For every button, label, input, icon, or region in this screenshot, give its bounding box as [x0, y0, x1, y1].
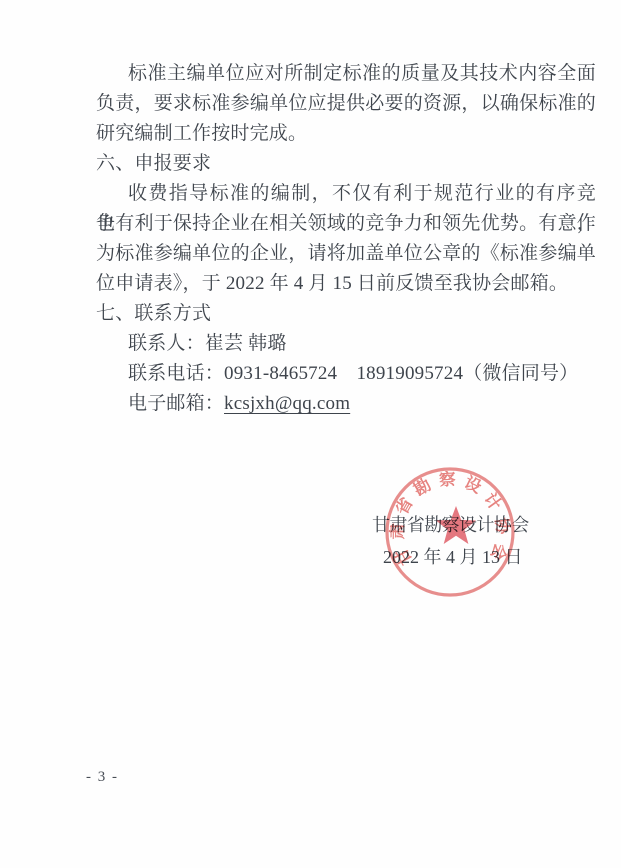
body-line: 收费指导标准的编制，不仅有利于规范行业的有序竞争，	[96, 179, 596, 209]
document-page: 标准主编单位应对所制定标准的质量及其技术内容全面 负责，要求标准参编单位应提供必…	[0, 0, 621, 868]
section-heading-6: 六、申报要求	[96, 149, 596, 179]
contact-email-label: 电子邮箱：	[128, 393, 224, 414]
section-heading-7: 七、联系方式	[96, 299, 596, 329]
contact-phone-label: 联系电话：	[128, 363, 224, 384]
body-line: 为标准参编单位的企业，请将加盖单位公章的《标准参编单	[96, 239, 596, 269]
contact-email-line: 电子邮箱：kcsjxh@qq.com	[96, 389, 596, 419]
contact-person-label: 联系人：	[128, 333, 205, 354]
page-number: - 3 -	[86, 769, 119, 786]
contact-phone-numbers: 0931-8465724 18919095724（微信同号）	[224, 363, 578, 384]
body-line: 负责，要求标准参编单位应提供必要的资源，以确保标准的	[96, 89, 596, 119]
body-line: 标准主编单位应对所制定标准的质量及其技术内容全面	[96, 59, 596, 89]
body-line: 也有利于保持企业在相关领域的竞争力和领先优势。有意作	[96, 209, 596, 239]
body-line: 研究编制工作按时完成。	[96, 119, 596, 149]
email-link[interactable]: kcsjxh@qq.com	[224, 393, 350, 414]
body-text-block: 标准主编单位应对所制定标准的质量及其技术内容全面 负责，要求标准参编单位应提供必…	[96, 59, 596, 419]
body-line: 位申请表》，于 2022 年 4 月 15 日前反馈至我协会邮箱。	[96, 269, 596, 299]
signature-org-name: 甘肃省勘察设计协会	[372, 514, 529, 536]
signature-date: 2022 年 4 月 13 日	[383, 546, 523, 568]
contact-person-line: 联系人：崔芸 韩璐	[96, 329, 596, 359]
contact-person-names: 崔芸 韩璐	[205, 333, 287, 354]
contact-phone-line: 联系电话：0931-8465724 18919095724（微信同号）	[96, 359, 596, 389]
